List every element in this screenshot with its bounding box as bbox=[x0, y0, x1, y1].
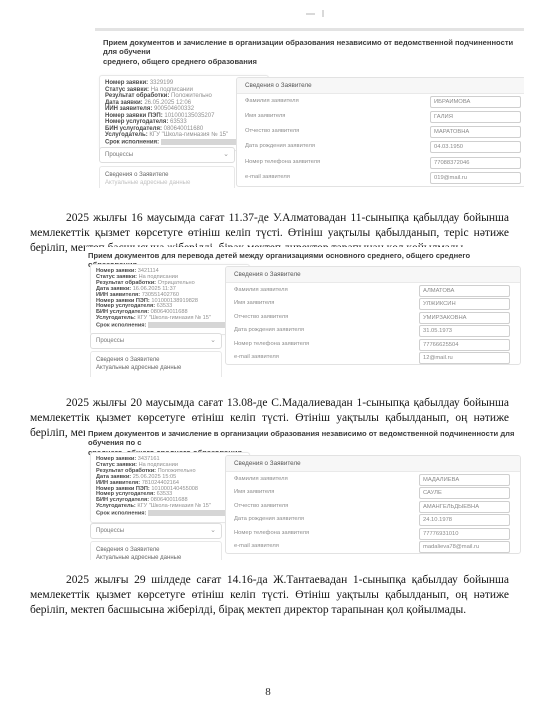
info-label: Услугодатель: bbox=[96, 315, 137, 321]
redacted-value bbox=[161, 139, 245, 145]
body-paragraph: 2025 жылғы 29 шілдеде сағат 14.16-да Ж.Т… bbox=[30, 573, 509, 619]
field-input[interactable]: ИБРАИМОВА bbox=[430, 96, 521, 108]
screenshot-crop-edge bbox=[95, 28, 524, 31]
info-label: Дата заявки: bbox=[105, 100, 144, 106]
page-number: 8 bbox=[0, 686, 536, 698]
field-input[interactable]: МАРАТОВНА bbox=[430, 126, 521, 138]
applicant-field-row: Дата рождения заявителя04.03.1950 bbox=[237, 140, 524, 155]
processes-label: Процессы bbox=[105, 152, 133, 158]
embedded-screenshot-3: Прием документов и зачисление в организа… bbox=[85, 425, 523, 560]
chevron-down-icon: ⌄ bbox=[210, 524, 216, 538]
applicant-field-row: Имя заявителяГАЛИЯ bbox=[237, 109, 524, 124]
field-label: e-mail заявителя bbox=[234, 543, 279, 549]
field-label: Имя заявителя bbox=[234, 489, 274, 495]
chevron-down-icon: ⌄ bbox=[223, 148, 229, 162]
service-title: Прием документов и зачисление в организа… bbox=[103, 38, 517, 66]
field-label: Дата рождения заявителя bbox=[245, 143, 315, 149]
info-value: 080640011680 bbox=[164, 126, 204, 132]
info-label: Номер заявки: bbox=[105, 80, 150, 86]
field-label: Имя заявителя bbox=[234, 300, 274, 306]
info-value: 900504600332 bbox=[154, 106, 194, 112]
info-label: Результат обработки: bbox=[105, 93, 171, 99]
field-input[interactable]: МАДАЛИЕВА bbox=[419, 474, 510, 486]
redacted-value bbox=[148, 510, 232, 516]
nav-link[interactable]: Сведения о Заявителе bbox=[105, 171, 229, 179]
info-label: БИН услугодателя: bbox=[105, 126, 164, 132]
field-label: Отчество заявителя bbox=[234, 314, 288, 320]
applicant-field-row: Номер телефона заявителя77766625504 bbox=[226, 337, 520, 351]
info-label: Статус заявки: bbox=[105, 87, 151, 93]
field-input[interactable]: АМАНГЕЛЬДЫЕВНА bbox=[419, 501, 510, 513]
section-nav-links: Сведения о ЗаявителеАктуальные адресные … bbox=[99, 166, 235, 188]
processes-dropdown[interactable]: Процессы ⌄ bbox=[99, 147, 235, 163]
panel-title: Сведения о Заявителе bbox=[226, 456, 520, 472]
field-input[interactable]: УМИРЗАКОВНА bbox=[419, 312, 510, 324]
applicant-details-panel: Сведения о Заявителе Фамилия заявителяМА… bbox=[225, 455, 521, 554]
info-value: 101000135035207 bbox=[164, 113, 214, 119]
field-input[interactable]: madalieva78@mail.ru bbox=[419, 541, 510, 553]
scan-artifact bbox=[322, 10, 324, 17]
scan-artifact bbox=[306, 13, 315, 15]
field-input[interactable]: 31.05.1973 bbox=[419, 325, 510, 337]
field-label: e-mail заявителя bbox=[245, 174, 290, 180]
info-row: Срок исполнения: bbox=[96, 510, 244, 517]
nav-link[interactable]: Актуальные адресные данные bbox=[96, 554, 216, 560]
info-label: Номер заявки ПЭП: bbox=[105, 113, 164, 119]
info-label: Услугодатель: bbox=[96, 503, 137, 509]
info-value: 26.05.2025 12:06 bbox=[144, 100, 191, 106]
nav-link[interactable]: Актуальные адресные данные bbox=[96, 364, 216, 372]
applicant-field-row: e-mail заявителя019@mail.ru bbox=[237, 170, 524, 185]
field-input[interactable]: 019@mail.ru bbox=[430, 172, 521, 184]
field-input[interactable]: ГАЛИЯ bbox=[430, 111, 521, 123]
applicant-field-row: Отчество заявителяАМАНГЕЛЬДЫЕВНА bbox=[226, 499, 520, 513]
embedded-screenshot-1: Прием документов и зачисление в организа… bbox=[95, 28, 524, 188]
info-value: 3329199 bbox=[150, 80, 173, 86]
field-label: Дата рождения заявителя bbox=[234, 516, 304, 522]
service-title-line: среднего, общего среднего образования bbox=[103, 57, 517, 66]
processes-label: Процессы bbox=[96, 338, 124, 344]
info-value: 63533 bbox=[170, 119, 187, 125]
info-label: Срок исполнения: bbox=[96, 323, 148, 329]
service-title-line: Прием документов и зачисление в организа… bbox=[88, 429, 518, 448]
info-label: ИИН заявителя: bbox=[105, 106, 154, 112]
redacted-value bbox=[148, 322, 232, 328]
applicant-field-row: Отчество заявителяМАРАТОВНА bbox=[237, 125, 524, 140]
embedded-screenshot-2: Прием документов для перевода детей межд… bbox=[85, 247, 523, 377]
applicant-details-panel: Сведения о Заявителе Фамилия заявителяАЛ… bbox=[225, 266, 521, 365]
field-input[interactable]: 24.10.1978 bbox=[419, 514, 510, 526]
field-label: Имя заявителя bbox=[245, 113, 285, 119]
section-nav-links: Сведения о ЗаявителеАктуальные адресные … bbox=[90, 541, 222, 560]
field-label: Отчество заявителя bbox=[245, 128, 299, 134]
info-label: Услугодатель: bbox=[105, 132, 149, 138]
info-value: КГУ "Школа-гимназия № 15" bbox=[137, 315, 210, 321]
info-label: Срок исполнения: bbox=[105, 139, 161, 145]
service-title-line: Прием документов и зачисление в организа… bbox=[103, 38, 517, 57]
chevron-down-icon: ⌄ bbox=[210, 334, 216, 348]
field-input[interactable]: АЛМАТОВА bbox=[419, 285, 510, 297]
nav-link[interactable]: Сведения о Заявителе bbox=[96, 356, 216, 364]
panel-title: Сведения о Заявителе bbox=[237, 78, 524, 94]
processes-label: Процессы bbox=[96, 528, 124, 534]
field-label: Фамилия заявителя bbox=[234, 476, 288, 482]
field-label: Номер телефона заявителя bbox=[245, 159, 320, 165]
nav-link[interactable]: Сведения о Заявителе bbox=[96, 546, 216, 554]
applicant-details-panel: Сведения о Заявителе Фамилия заявителяИБ… bbox=[236, 77, 524, 187]
field-label: Фамилия заявителя bbox=[234, 287, 288, 293]
field-label: e-mail заявителя bbox=[234, 354, 279, 360]
info-value: КГУ "Школа-гимназия № 15" bbox=[149, 132, 228, 138]
applicant-field-row: Отчество заявителяУМИРЗАКОВНА bbox=[226, 310, 520, 324]
processes-dropdown[interactable]: Процессы ⌄ bbox=[90, 523, 222, 539]
field-input[interactable]: 77766625504 bbox=[419, 339, 510, 351]
applicant-field-row: Фамилия заявителяАЛМАТОВА bbox=[226, 283, 520, 297]
field-label: Фамилия заявителя bbox=[245, 98, 299, 104]
field-input[interactable]: 77776931010 bbox=[419, 528, 510, 540]
applicant-field-row: Фамилия заявителяМАДАЛИЕВА bbox=[226, 472, 520, 486]
field-input[interactable]: УЛЖИКСИН bbox=[419, 298, 510, 310]
info-label: Срок исполнения: bbox=[96, 511, 148, 517]
applicant-field-row: Дата рождения заявителя31.05.1973 bbox=[226, 324, 520, 338]
applicant-field-row: e-mail заявителя12@mail.ru bbox=[226, 351, 520, 365]
processes-dropdown[interactable]: Процессы ⌄ bbox=[90, 333, 222, 349]
field-label: Дата рождения заявителя bbox=[234, 327, 304, 333]
applicant-field-row: e-mail заявителяmadalieva78@mail.ru bbox=[226, 540, 520, 554]
panel-title: Сведения о Заявителе bbox=[226, 267, 520, 283]
info-row: Срок исполнения: bbox=[96, 322, 244, 329]
info-value: КГУ "Школа-гимназия № 15" bbox=[137, 503, 210, 509]
field-label: Номер телефона заявителя bbox=[234, 530, 309, 536]
info-label: Номер услугодателя: bbox=[105, 119, 170, 125]
applicant-field-row: Номер телефона заявителя77088372046 bbox=[237, 155, 524, 170]
info-value: На подписании bbox=[151, 87, 193, 93]
field-input[interactable]: 77088372046 bbox=[430, 157, 521, 169]
applicant-field-row: Дата рождения заявителя24.10.1978 bbox=[226, 513, 520, 527]
applicant-field-row: Номер телефона заявителя77776931010 bbox=[226, 526, 520, 540]
section-nav-links: Сведения о ЗаявителеАктуальные адресные … bbox=[90, 351, 222, 377]
field-input[interactable]: 12@mail.ru bbox=[419, 352, 510, 364]
field-input[interactable]: САУЛЕ bbox=[419, 487, 510, 499]
nav-link[interactable]: Актуальные адресные данные bbox=[105, 179, 229, 187]
field-label: Номер телефона заявителя bbox=[234, 341, 309, 347]
applicant-field-row: Имя заявителяУЛЖИКСИН bbox=[226, 297, 520, 311]
applicant-field-row: Имя заявителяСАУЛЕ bbox=[226, 486, 520, 500]
field-input[interactable]: 04.03.1950 bbox=[430, 141, 521, 153]
field-label: Отчество заявителя bbox=[234, 503, 288, 509]
applicant-field-row: Фамилия заявителяИБРАИМОВА bbox=[237, 94, 524, 109]
info-value: Положительно bbox=[171, 93, 212, 99]
